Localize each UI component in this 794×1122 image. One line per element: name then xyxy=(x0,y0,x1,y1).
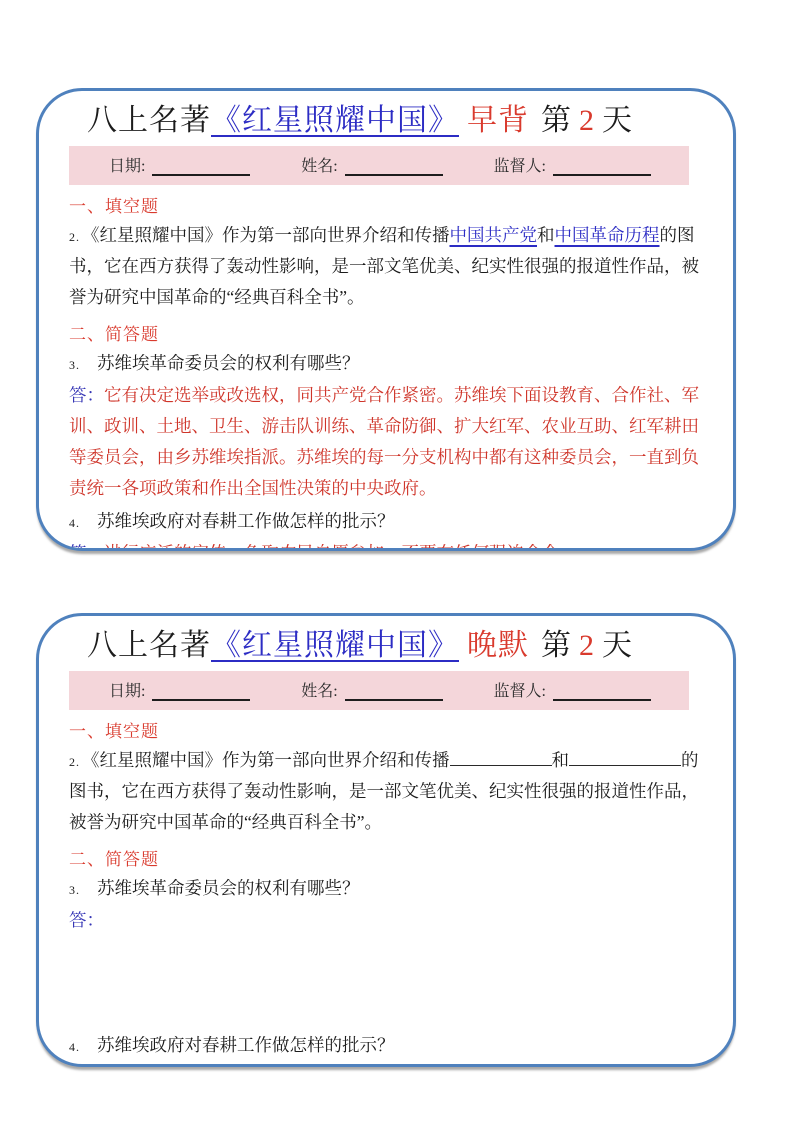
name-label: 姓名: xyxy=(301,153,337,176)
name-field-group: 姓名: xyxy=(301,153,442,176)
name-field-group: 姓名: xyxy=(301,678,442,701)
date-field-group: 日期: xyxy=(109,678,250,701)
question-4: 4.苏维埃政府对春耕工作做怎样的批示？ xyxy=(69,506,711,537)
info-header-bar: 日期: 姓名: 监督人: xyxy=(69,146,689,185)
section-heading-fill-in: 一、填空题 xyxy=(69,717,711,742)
date-label: 日期: xyxy=(109,678,145,701)
answer-3-label: 答： xyxy=(69,385,104,405)
question-4: 4.苏维埃政府对春耕工作做怎样的批示？ xyxy=(69,1030,711,1061)
question-4-text: 苏维埃政府对春耕工作做怎样的批示？ xyxy=(97,1035,395,1055)
question-2-number: 2. xyxy=(69,755,80,769)
question-2-pre-text: 《红星照耀中国》作为第一部向世界介绍和传播 xyxy=(82,750,450,770)
answer-4-label: 答： xyxy=(69,543,104,551)
answer-4: 答：进行广泛的宣传，争取农民自愿参加，不要有任何强迫命令。 xyxy=(69,538,711,551)
name-blank-line xyxy=(345,684,443,701)
section-heading-short-answer: 二、简答题 xyxy=(69,845,711,870)
page-title: 八上名著《红星照耀中国》早背第2天 xyxy=(87,101,711,142)
name-blank-line xyxy=(345,159,443,176)
question-3-number: 3. xyxy=(69,880,97,901)
question-4-text: 苏维埃政府对春耕工作做怎样的批示？ xyxy=(97,511,395,531)
title-prefix: 八上名著 xyxy=(87,629,211,662)
name-label: 姓名: xyxy=(301,678,337,701)
question-3-text: 苏维埃革命委员会的权利有哪些？ xyxy=(97,353,360,373)
date-blank-line xyxy=(152,159,250,176)
supervisor-field-group: 监督人: xyxy=(494,153,651,176)
morning-recitation-panel: 八上名著《红星照耀中国》早背第2天 日期: 姓名: 监督人: 一、填空题 2.《… xyxy=(36,88,736,551)
section-heading-short-answer: 二、简答题 xyxy=(69,320,711,345)
question-2-blank-1 xyxy=(450,747,552,766)
supervisor-blank-line xyxy=(553,159,651,176)
title-session: 早背 xyxy=(467,104,529,137)
title-day-number: 2 xyxy=(579,104,595,137)
question-3-number: 3. xyxy=(69,355,97,376)
title-session: 晚默 xyxy=(467,629,529,662)
title-day-suffix: 天 xyxy=(602,104,633,137)
answer-3-label: 答： xyxy=(69,910,104,930)
supervisor-label: 监督人: xyxy=(494,678,546,701)
title-day-prefix: 第 xyxy=(541,629,572,662)
question-2-mid-text: 和 xyxy=(537,225,555,245)
evening-dictation-panel: 八上名著《红星照耀中国》晚默第2天 日期: 姓名: 监督人: 一、填空题 2.《… xyxy=(36,613,736,1067)
answer-4: 答： xyxy=(69,1062,711,1067)
question-2-mid-text: 和 xyxy=(552,750,570,770)
question-3: 3.苏维埃革命委员会的权利有哪些？ xyxy=(69,873,711,904)
question-2-number: 2. xyxy=(69,230,80,244)
worksheet-page: { "colors":{ "panel_border":"#4f81bd", "… xyxy=(0,0,794,1122)
title-day-suffix: 天 xyxy=(602,629,633,662)
supervisor-blank-line xyxy=(553,684,651,701)
date-label: 日期: xyxy=(109,153,145,176)
supervisor-label: 监督人: xyxy=(494,153,546,176)
info-header-bar: 日期: 姓名: 监督人: xyxy=(69,671,689,710)
question-2-paragraph: 2.《红星照耀中国》作为第一部向世界介绍和传播和的图书，它在西方获得了轰动性影响… xyxy=(69,745,711,838)
answer-3-text: 它有决定选举或改选权，同共产党合作紧密。苏维埃下面设教育、合作社、军训、政训、土… xyxy=(69,385,699,498)
date-field-group: 日期: xyxy=(109,153,250,176)
supervisor-field-group: 监督人: xyxy=(494,678,651,701)
answer-3: 答： xyxy=(69,905,711,936)
question-2-pre-text: 《红星照耀中国》作为第一部向世界介绍和传播 xyxy=(82,225,450,245)
answer-4-text: 进行广泛的宣传，争取农民自愿参加，不要有任何强迫命令。 xyxy=(104,543,577,551)
question-4-number: 4. xyxy=(69,1037,97,1058)
section-heading-fill-in: 一、填空题 xyxy=(69,192,711,217)
title-book-name: 《红星照耀中国》 xyxy=(211,629,459,662)
answer-3: 答：它有决定选举或改选权，同共产党合作紧密。苏维埃下面设教育、合作社、军训、政训… xyxy=(69,380,711,505)
question-2-blank-2 xyxy=(569,747,681,766)
blank-answer-space xyxy=(69,937,711,1029)
title-book-name: 《红星照耀中国》 xyxy=(211,104,459,137)
page-title: 八上名著《红星照耀中国》晚默第2天 xyxy=(87,626,711,667)
question-2-answer-2: 中国革命历程 xyxy=(555,225,660,245)
question-2-answer-1: 中国共产党 xyxy=(450,225,538,245)
question-3: 3.苏维埃革命委员会的权利有哪些？ xyxy=(69,348,711,379)
date-blank-line xyxy=(152,684,250,701)
question-3-text: 苏维埃革命委员会的权利有哪些？ xyxy=(97,878,360,898)
title-day-number: 2 xyxy=(579,629,595,662)
question-4-number: 4. xyxy=(69,513,97,534)
title-day-prefix: 第 xyxy=(541,104,572,137)
question-2-paragraph: 2.《红星照耀中国》作为第一部向世界介绍和传播中国共产党和中国革命历程的图书，它… xyxy=(69,220,711,313)
title-prefix: 八上名著 xyxy=(87,104,211,137)
